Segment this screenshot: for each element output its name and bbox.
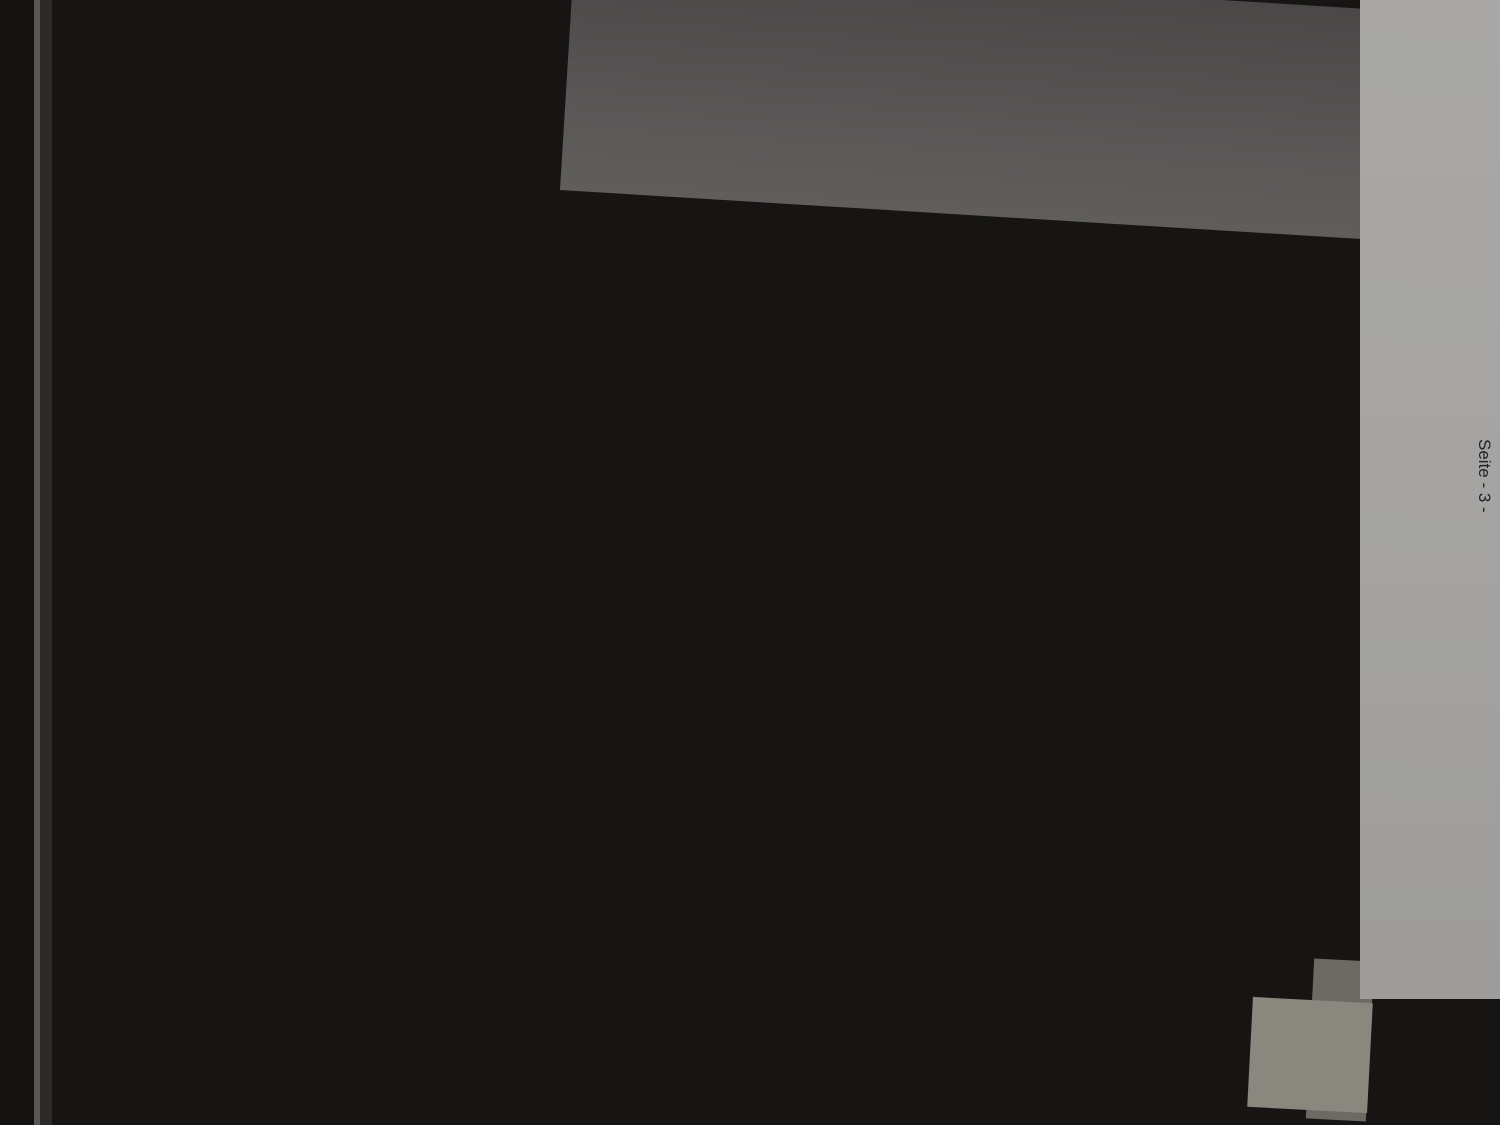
background-left — [0, 0, 34, 1125]
page-number: Seite - 3 - — [1474, 439, 1494, 513]
book-cover — [560, 0, 1500, 250]
document-page: Betriebsanleitung ttw-thermo-technik Zum… — [1360, 0, 1500, 999]
page-stack-light — [1247, 997, 1373, 1113]
page-edge-shadow — [40, 0, 52, 1125]
